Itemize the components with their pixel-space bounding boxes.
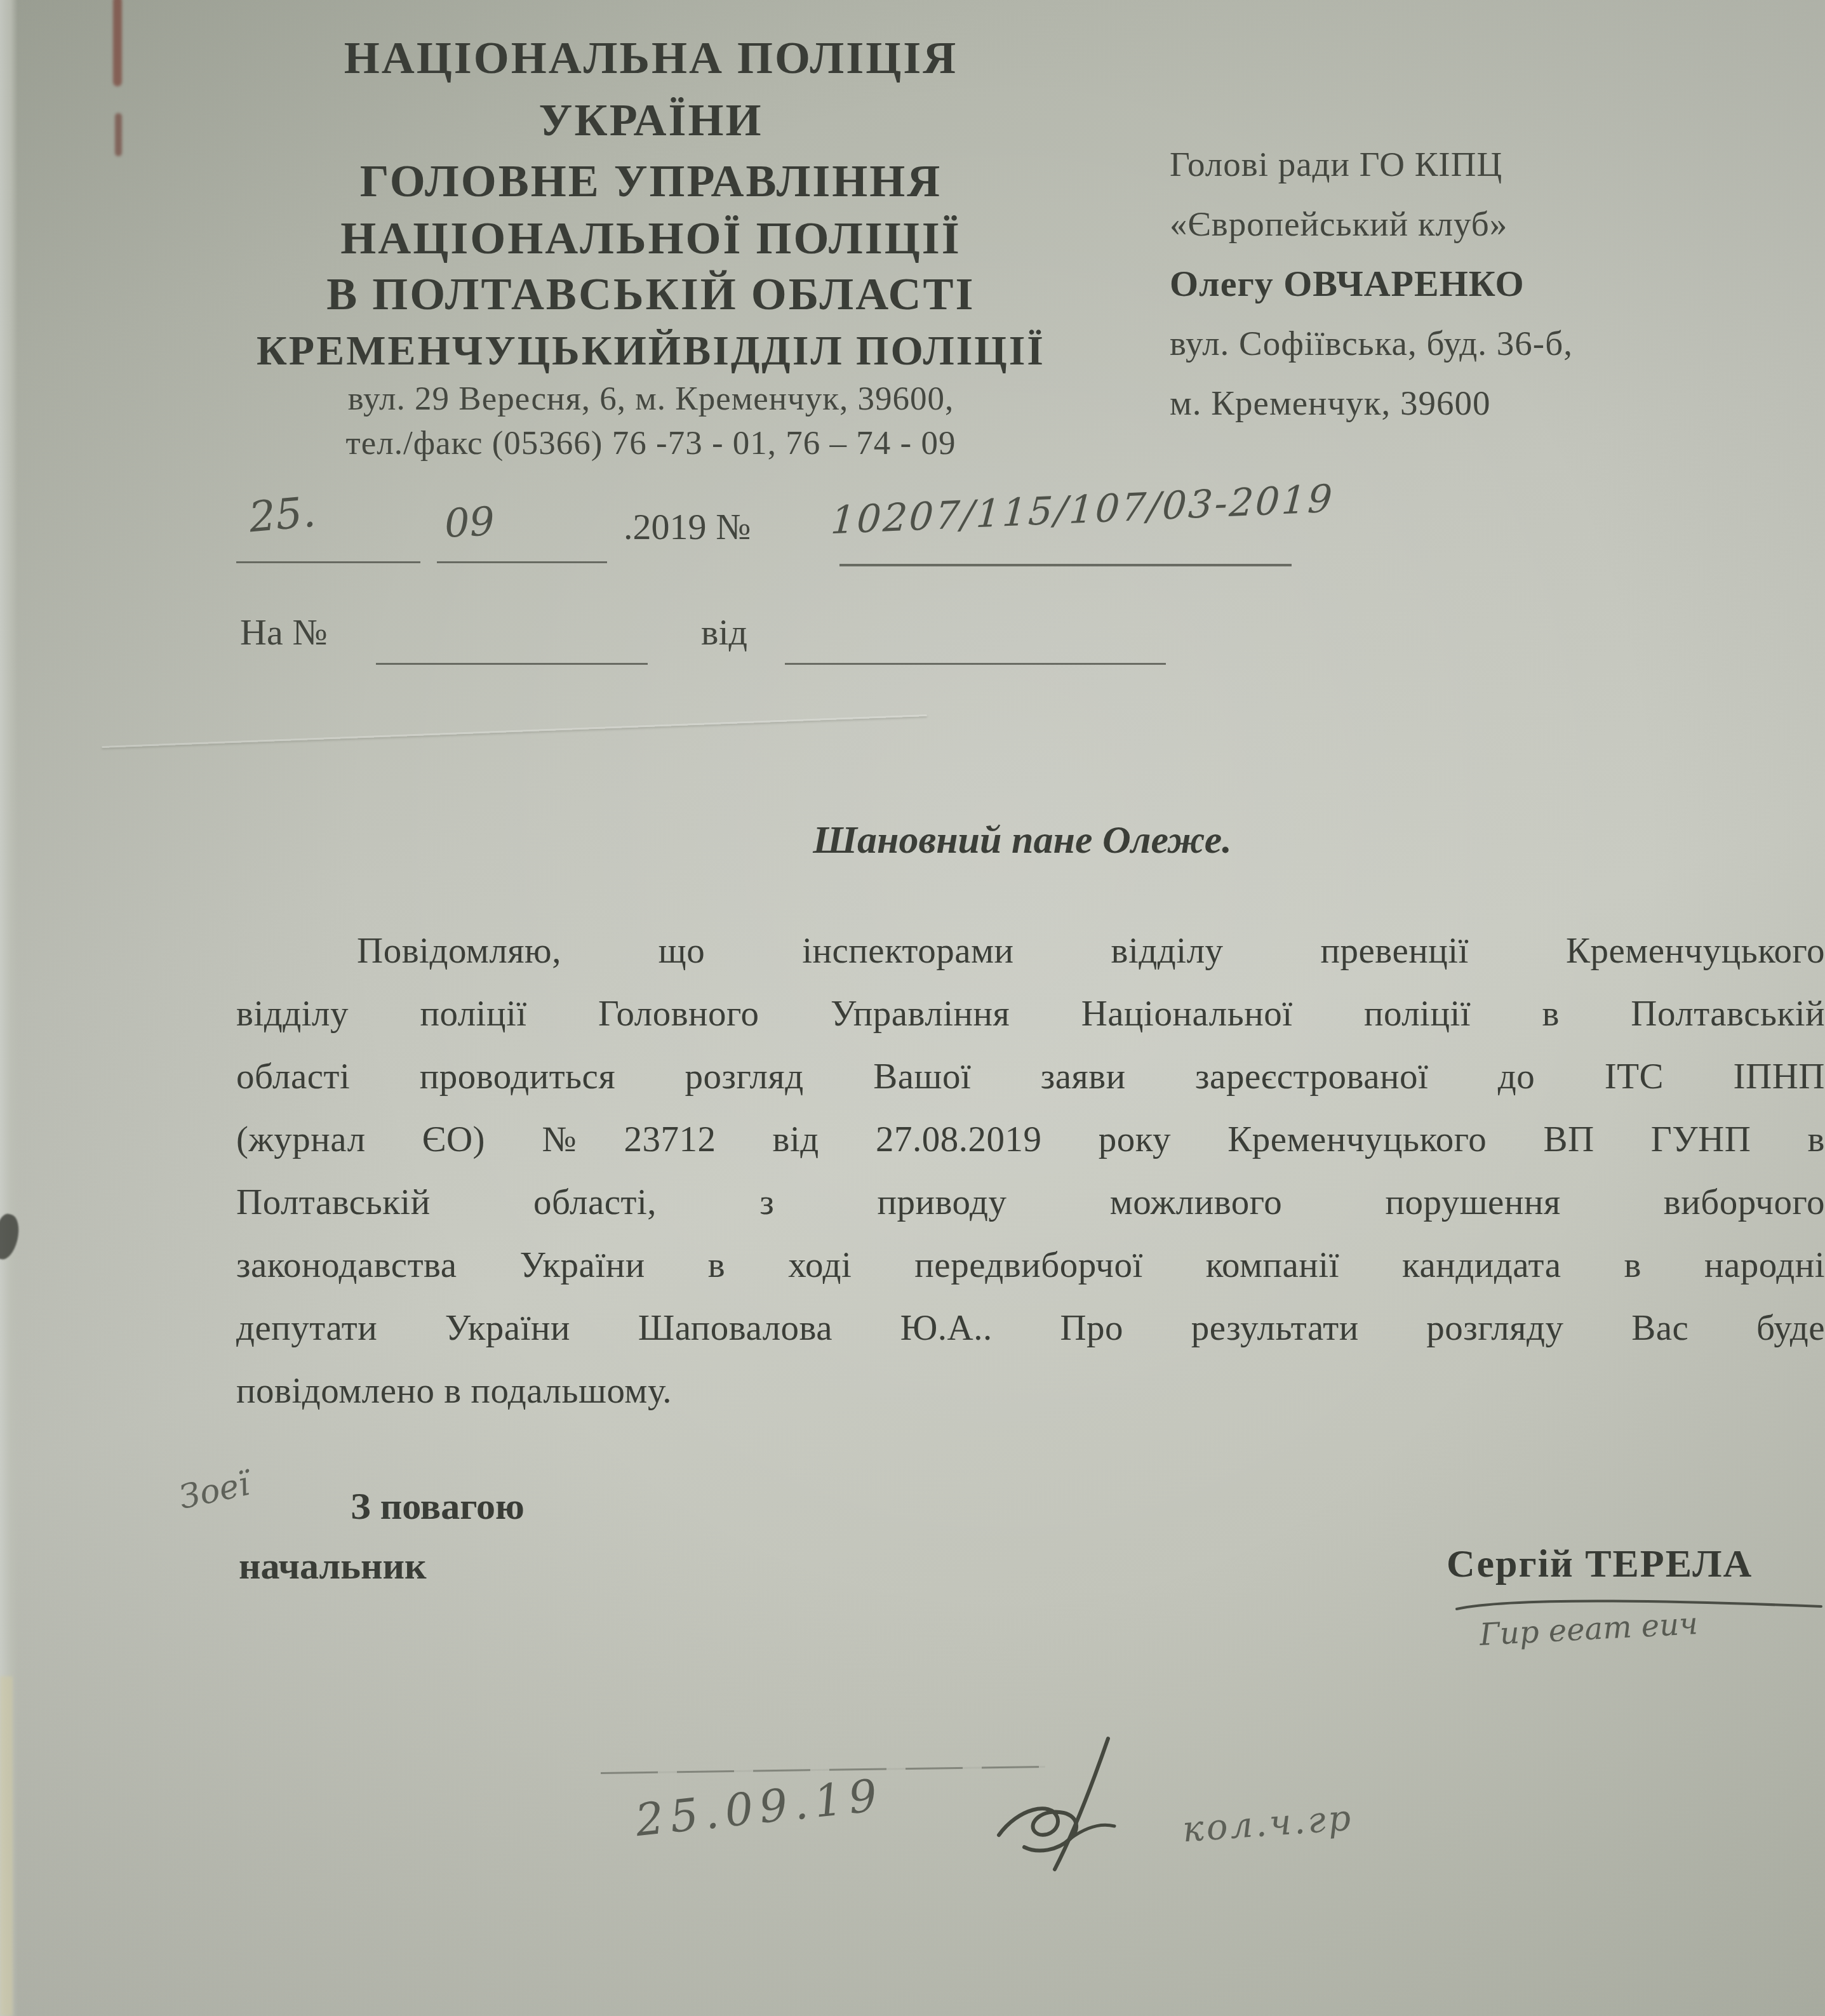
body-line: законодавства України в ході передвиборч… [236,1234,1825,1297]
recipient-city: м. Кременчук, 39600 [1170,373,1805,433]
bottom-date-handwritten: 25.09.19 [633,1769,886,1846]
reply-vid-label: від [701,611,747,653]
ref-day-handwritten: 25. [247,488,318,542]
letterhead-line: НАЦІОНАЛЬНОЇ ПОЛІЦІЇ [162,213,1140,263]
body-line: депутати України Шаповалова Ю.А.. Про ре… [236,1297,1825,1359]
ref-number-underline [839,564,1292,566]
body-line: області проводиться розгляд Вашої заяви … [236,1045,1825,1108]
reply-na-label: На № [240,611,327,653]
signature-name: Сергій ТЕРЕЛА [1447,1542,1753,1587]
ref-number-handwritten: 10207/115/107/03-2019 [829,477,1335,544]
scanned-letter-page: { "colors": { "paper": "#c3c5bc", "ink":… [0,0,1825,2016]
letterhead-line: В ПОЛТАВСЬКІЙ ОБЛАСТІ [162,269,1140,319]
recipient-block: Голові ради ГО КІПЦ «Європейський клуб» … [1170,135,1805,433]
recipient-address: вул. Софіївська, буд. 36-б, [1170,314,1805,373]
letterhead-line: КРЕМЕНЧУЦЬКИЙВІДДІЛ ПОЛІЦІЇ [162,326,1140,376]
letterhead-line: УКРАЇНИ [162,95,1140,145]
body-line: Полтавській області, з приводу можливого… [236,1171,1825,1234]
body-line: відділу поліції Головного Управління Нац… [236,982,1825,1045]
recipient-line: «Європейський клуб» [1170,194,1805,254]
red-pen-mark-small [115,113,122,156]
signature-title: начальник [239,1544,427,1588]
body-line: Повідомляю, що інспекторами відділу прев… [236,919,1825,982]
letterhead-line: НАЦІОНАЛЬНА ПОЛІЦІЯ [162,33,1140,83]
paper-crease [102,714,926,748]
ref-month-underline [437,561,607,563]
ref-month-handwritten: 09 [443,498,496,547]
paper-edge-discoloration [0,1676,13,2016]
body-paragraph: Повідомляю, що інспекторами відділу прев… [236,919,1825,1422]
letterhead-address: вул. 29 Вересня, 6, м. Кременчук, 39600, [162,380,1140,418]
bottom-note-handwritten: кол.ч.гр [1181,1798,1354,1851]
letterhead-line: ГОЛОВНЕ УПРАВЛІННЯ [162,156,1140,206]
paper-crease-line [601,1766,1045,1774]
ref-year-label: .2019 № [624,505,751,548]
signature-regards: З повагою [351,1485,525,1528]
letterhead-phone: тел./факс (05366) 76 -73 - 01, 76 – 74 -… [162,424,1140,462]
recipient-name: Олегу ОВЧАРЕНКО [1170,254,1805,314]
bottom-signature-squiggle [981,1732,1153,1885]
body-line: (журнал ЄО) №23712 від 27.08.2019 року К… [236,1108,1825,1171]
ref-day-underline [236,561,420,563]
recipient-line: Голові ради ГО КІПЦ [1170,135,1805,194]
reply-number-underline [376,663,648,665]
handwritten-note-left: Зоеї [176,1465,253,1517]
body-line: повідомлено в подальшому. [236,1359,1825,1422]
salutation: Шановний пане Олеже. [673,818,1372,863]
red-pen-mark [113,0,122,86]
reply-date-underline [785,663,1166,665]
